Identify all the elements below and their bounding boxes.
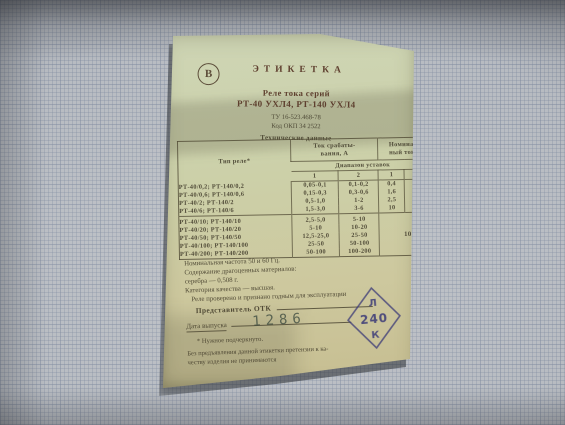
- issue-date-label: Дата выпуска: [186, 321, 227, 332]
- trip-current-header-cell: Ток срабаты- вания, А: [291, 138, 379, 162]
- label-header: В ЭТИКЕТКА Реле тока серий РТ-40 УХЛ4, Р…: [178, 33, 416, 35]
- subcol-cell: 1: [378, 170, 404, 180]
- issue-date-row: Дата выпуска 1286: [186, 317, 352, 331]
- qc-diamond-stamp: Л 240 К: [342, 283, 406, 354]
- nominal-header-line2: ный ток, А: [379, 148, 435, 156]
- nom2-cell: 2,5: [405, 188, 436, 197]
- range2-cell: 5-10: [339, 213, 379, 224]
- group2-nominal-cell: 10: [379, 212, 436, 256]
- tech-data-table: Тип реле* Ток срабаты- вания, А Номиналь…: [177, 137, 437, 260]
- nom2-cell: 16: [405, 204, 436, 213]
- type-header-cell: Тип реле*: [177, 140, 291, 184]
- nom2-cell: 6,3: [405, 196, 436, 205]
- nominal-current-header-cell: Номиналь- ный ток, А: [378, 137, 435, 160]
- stamp-letter-top: Л: [368, 298, 377, 310]
- issue-date-stamp: 1286: [252, 311, 307, 330]
- subcol-cell: 2: [338, 170, 378, 181]
- nominal-header-line1: Номиналь-: [378, 141, 434, 149]
- trip-header-line2: вания, А: [291, 149, 377, 158]
- stamp-letter-bottom: К: [371, 330, 381, 342]
- nom2-cell: 1,0: [404, 179, 435, 188]
- footnote: * Нужное подчеркнуто.: [197, 336, 263, 345]
- subcol-cell: 2: [404, 169, 435, 180]
- stamp-number: 240: [359, 311, 388, 327]
- photo-background: В ЭТИКЕТКА Реле тока серий РТ-40 УХЛ4, Р…: [0, 0, 565, 425]
